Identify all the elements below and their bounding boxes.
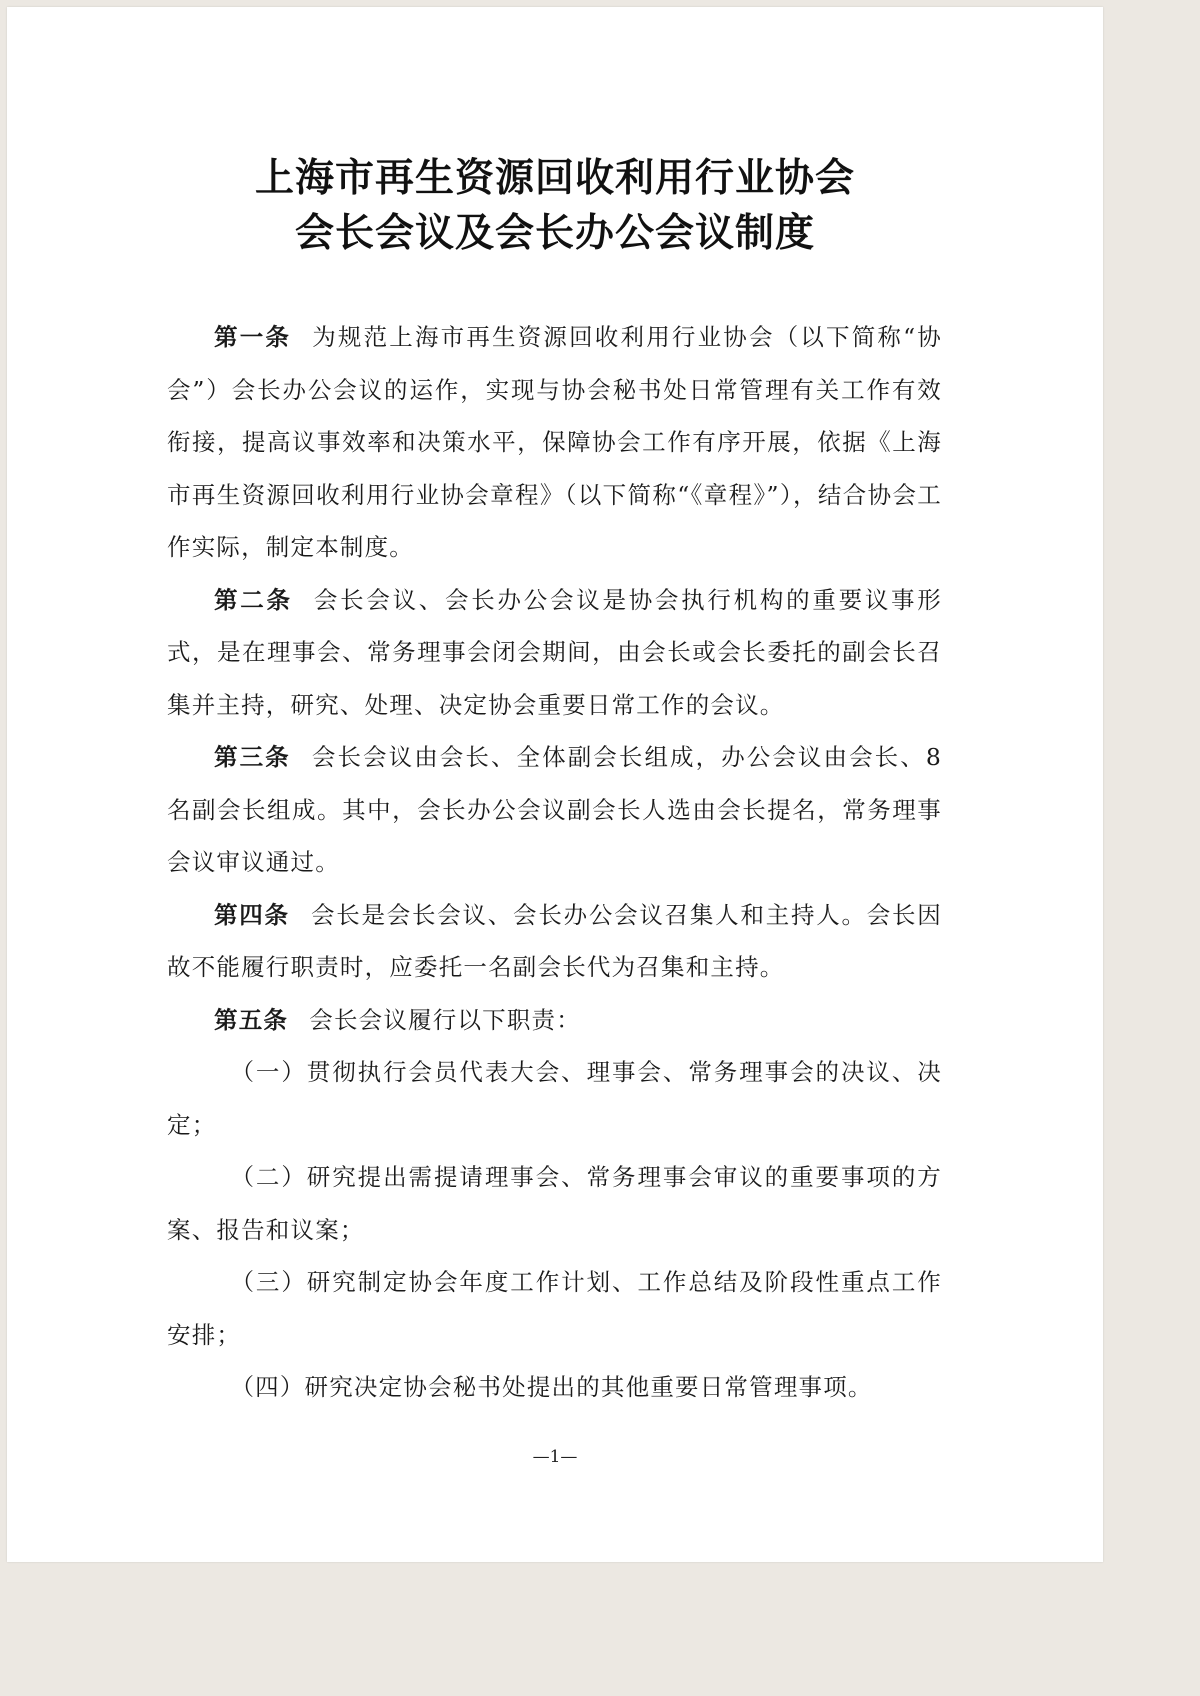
duty-item-3: （三）研究制定协会年度工作计划、工作总结及阶段性重点工作安排；: [167, 1256, 942, 1361]
duty-item-4: （四）研究决定协会秘书处提出的其他重要日常管理事项。: [167, 1361, 942, 1414]
document-page: 上海市再生资源回收利用行业协会 会长会议及会长办公会议制度 第一条为规范上海市再…: [7, 7, 1103, 1562]
article-label: 第四条: [214, 901, 290, 929]
article-5: 第五条会长会议履行以下职责：: [167, 994, 942, 1047]
article-2: 第二条会长会议、会长办公会议是协会执行机构的重要议事形式，是在理事会、常务理事会…: [167, 574, 942, 732]
article-text: 会长会议履行以下职责：: [309, 1006, 581, 1034]
article-text: 为规范上海市再生资源回收利用行业协会（以下简称“协会”）会长办公会议的运作，实现…: [167, 323, 942, 561]
article-1: 第一条为规范上海市再生资源回收利用行业协会（以下简称“协会”）会长办公会议的运作…: [167, 311, 942, 574]
article-label: 第一条: [214, 323, 291, 351]
article-label: 第五条: [214, 1006, 288, 1034]
duty-item-2: （二）研究提出需提请理事会、常务理事会审议的重要事项的方案、报告和议案；: [167, 1151, 942, 1256]
article-label: 第三条: [214, 743, 291, 771]
article-label: 第二条: [214, 586, 293, 614]
duty-item-1: （一）贯彻执行会员代表大会、理事会、常务理事会的决议、决定；: [167, 1046, 942, 1151]
document-title-line2: 会长会议及会长办公会议制度: [7, 202, 1103, 258]
article-4: 第四条会长是会长会议、会长办公会议召集人和主持人。会长因故不能履行职责时，应委托…: [167, 889, 942, 994]
document-title-line1: 上海市再生资源回收利用行业协会: [7, 147, 1103, 203]
article-3: 第三条会长会议由会长、全体副会长组成，办公会议由会长、8名副会长组成。其中，会长…: [167, 731, 942, 889]
document-body: 第一条为规范上海市再生资源回收利用行业协会（以下简称“协会”）会长办公会议的运作…: [167, 311, 942, 1414]
page-number: —1—: [7, 1447, 1103, 1467]
